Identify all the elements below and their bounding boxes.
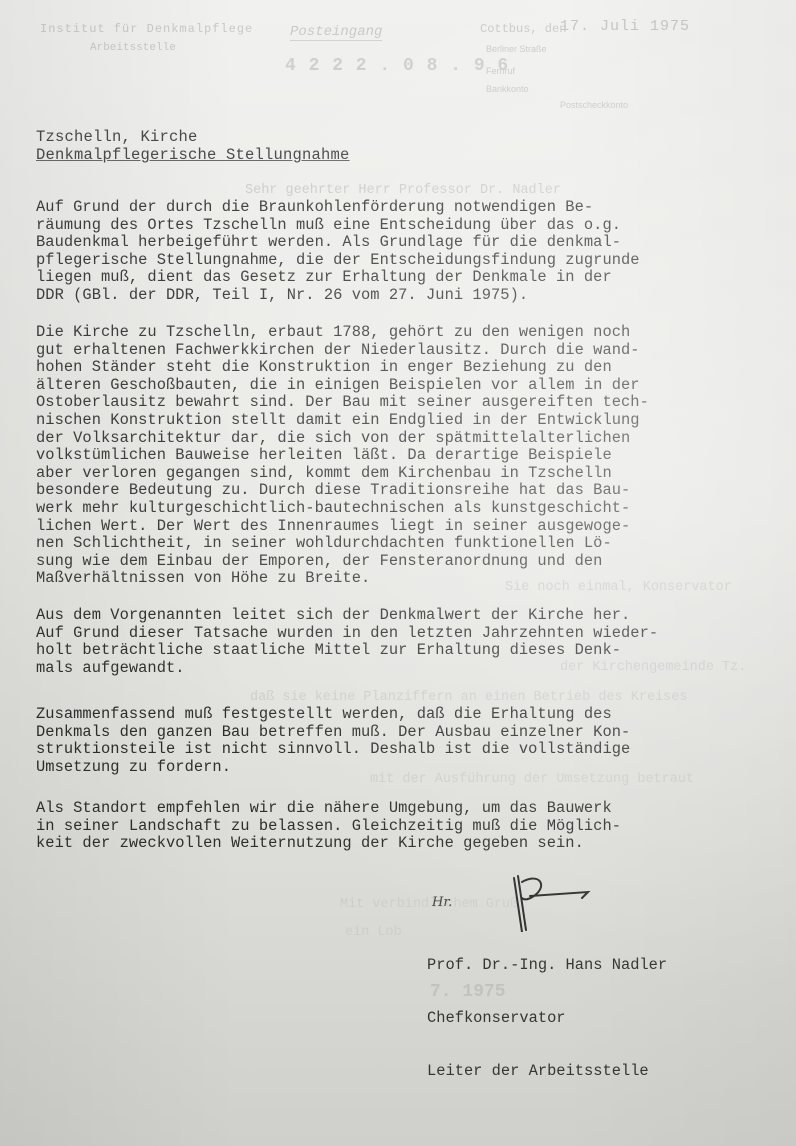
ghost-text: ein Lob <box>345 925 402 940</box>
paragraph-location: Als Standort empfehlen wir die nähere Um… <box>36 800 766 853</box>
document-heading: Tzschelln, Kirche Denkmalpflegerische St… <box>36 128 350 164</box>
scanned-letter-page: Institut für Denkmalpflege Arbeitsstelle… <box>0 0 796 1146</box>
letterhead-institution: Institut für Denkmalpflege <box>40 22 253 36</box>
faint-stamp: 7. 1975 <box>430 982 506 1002</box>
paragraph-legal-basis: Auf Grund der durch die Braunkohlenförde… <box>36 199 766 305</box>
document-subtitle: Denkmalpflegerische Stellungnahme <box>36 146 350 164</box>
ghost-text: daß sie keine Planziffern an einen Betri… <box>250 690 687 705</box>
signature-initials: Hr. <box>432 895 452 910</box>
signature-block: Prof. Dr.-Ing. Hans Nadler Chefkonservat… <box>427 922 667 1116</box>
letterhead-postal-account: Postscheckkonto <box>560 100 628 110</box>
letterhead-phone: Fernruf <box>486 66 515 76</box>
letterhead-department: Arbeitsstelle <box>90 42 176 54</box>
signatory-name: Prof. Dr.-Ing. Hans Nadler <box>427 957 667 975</box>
paragraph-summary: Zusammenfassend muß festgestellt werden,… <box>36 706 766 776</box>
faint-letterhead: Institut für Denkmalpflege Arbeitsstelle… <box>0 14 796 114</box>
letterhead-date: 17. Juli 1975 <box>560 18 690 35</box>
paragraph-church-description: Die Kirche zu Tzschelln, erbaut 1788, ge… <box>36 324 766 588</box>
signatory-position: Leiter der Arbeitsstelle <box>427 1063 667 1081</box>
document-title: Tzschelln, Kirche <box>36 128 350 146</box>
letterhead-received-number: 4 2 2 2 . 0 8 . 9 6 <box>285 56 509 76</box>
letterhead-place: Cottbus, den <box>480 22 566 36</box>
signatory-role: Chefkonservator <box>427 1010 667 1028</box>
ghost-text: Sehr geehrter Herr Professor Dr. Nadler <box>245 183 561 198</box>
letterhead-address: Berliner Straße <box>486 44 547 54</box>
paragraph-monument-value: Aus dem Vorgenannten leitet sich der Den… <box>36 607 766 677</box>
letterhead-bank: Bankkonto <box>486 84 529 94</box>
letterhead-received-label: Posteingang <box>290 24 382 41</box>
